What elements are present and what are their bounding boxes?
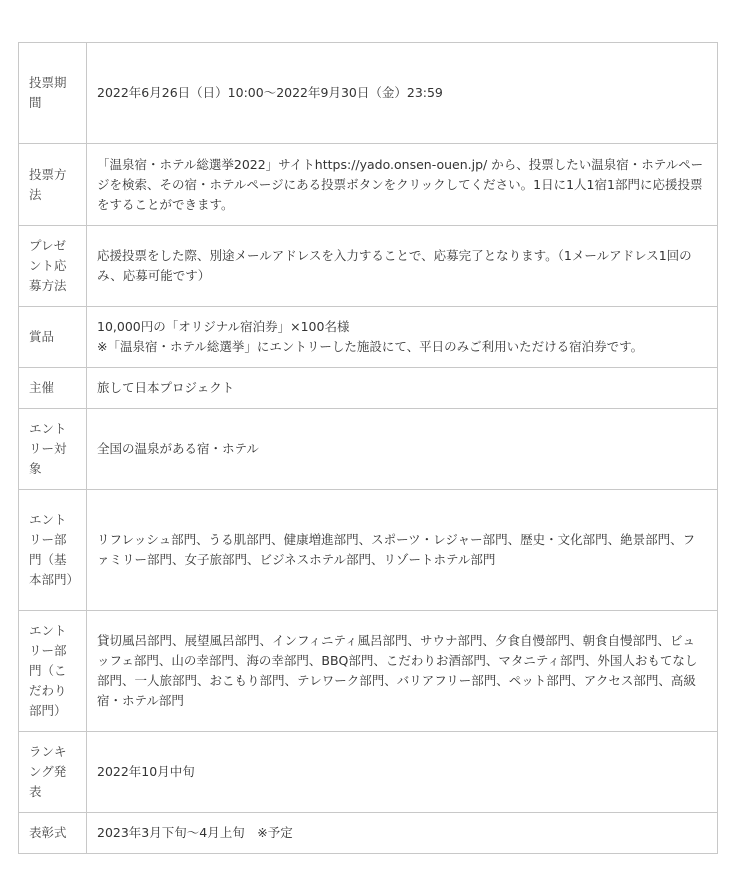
value-line: 全国の温泉がある宿・ホテル <box>97 439 707 459</box>
table-row-voting-period: 投票期間 2022年6月26日（日）10:00〜2022年9月30日（金）23:… <box>19 43 718 144</box>
row-label: エントリー部門（基本部門） <box>19 490 87 611</box>
row-value: 「温泉宿・ホテル総選挙2022」サイトhttps://yado.onsen-ou… <box>87 144 718 226</box>
table-row-special-categories: エントリー部門（こだわり部門） 貸切風呂部門、展望風呂部門、インフィニティ風呂部… <box>19 611 718 732</box>
value-line: 10,000円の「オリジナル宿泊券」×100名様 <box>97 317 707 337</box>
value-line: 2022年10月中旬 <box>97 762 707 782</box>
row-label: プレゼント応募方法 <box>19 226 87 307</box>
row-label: 投票方法 <box>19 144 87 226</box>
row-value: 貸切風呂部門、展望風呂部門、インフィニティ風呂部門、サウナ部門、夕食自慢部門、朝… <box>87 611 718 732</box>
value-line: 旅して日本プロジェクト <box>97 378 707 398</box>
table-row-organizer: 主催 旅して日本プロジェクト <box>19 368 718 409</box>
row-value: 2023年3月下旬〜4月上旬 ※予定 <box>87 813 718 854</box>
row-value: 10,000円の「オリジナル宿泊券」×100名様 ※「温泉宿・ホテル総選挙」にエ… <box>87 307 718 368</box>
table-row-prize: 賞品 10,000円の「オリジナル宿泊券」×100名様 ※「温泉宿・ホテル総選挙… <box>19 307 718 368</box>
row-value: 2022年6月26日（日）10:00〜2022年9月30日（金）23:59 <box>87 43 718 144</box>
table-row-ranking-announcement: ランキング発表 2022年10月中旬 <box>19 732 718 813</box>
value-line: 2022年6月26日（日）10:00〜2022年9月30日（金）23:59 <box>97 83 707 103</box>
table-row-present-application: プレゼント応募方法 応援投票をした際、別途メールアドレスを入力することで、応募完… <box>19 226 718 307</box>
row-value: 全国の温泉がある宿・ホテル <box>87 409 718 490</box>
table-row-entry-target: エントリー対象 全国の温泉がある宿・ホテル <box>19 409 718 490</box>
row-label: 投票期間 <box>19 43 87 144</box>
table-row-basic-categories: エントリー部門（基本部門） リフレッシュ部門、うる肌部門、健康増進部門、スポーツ… <box>19 490 718 611</box>
row-label: エントリー部門（こだわり部門） <box>19 611 87 732</box>
row-value: 2022年10月中旬 <box>87 732 718 813</box>
row-value: 旅して日本プロジェクト <box>87 368 718 409</box>
row-value: リフレッシュ部門、うる肌部門、健康増進部門、スポーツ・レジャー部門、歴史・文化部… <box>87 490 718 611</box>
row-label: エントリー対象 <box>19 409 87 490</box>
table-row-voting-method: 投票方法 「温泉宿・ホテル総選挙2022」サイトhttps://yado.ons… <box>19 144 718 226</box>
row-label: ランキング発表 <box>19 732 87 813</box>
value-line: 貸切風呂部門、展望風呂部門、インフィニティ風呂部門、サウナ部門、夕食自慢部門、朝… <box>97 631 707 711</box>
row-label: 表彰式 <box>19 813 87 854</box>
value-line: リフレッシュ部門、うる肌部門、健康増進部門、スポーツ・レジャー部門、歴史・文化部… <box>97 530 707 570</box>
value-note: ※「温泉宿・ホテル総選挙」にエントリーした施設にて、平日のみご利用いただける宿泊… <box>97 337 707 357</box>
row-label: 主催 <box>19 368 87 409</box>
event-info-table: 投票期間 2022年6月26日（日）10:00〜2022年9月30日（金）23:… <box>18 42 718 854</box>
row-value: 応援投票をした際、別途メールアドレスを入力することで、応募完了となります。（1メ… <box>87 226 718 307</box>
table-row-award-ceremony: 表彰式 2023年3月下旬〜4月上旬 ※予定 <box>19 813 718 854</box>
value-line: 「温泉宿・ホテル総選挙2022」サイトhttps://yado.onsen-ou… <box>97 155 707 215</box>
value-line: 応援投票をした際、別途メールアドレスを入力することで、応募完了となります。（1メ… <box>97 246 707 286</box>
row-label: 賞品 <box>19 307 87 368</box>
value-line: 2023年3月下旬〜4月上旬 ※予定 <box>97 823 707 843</box>
